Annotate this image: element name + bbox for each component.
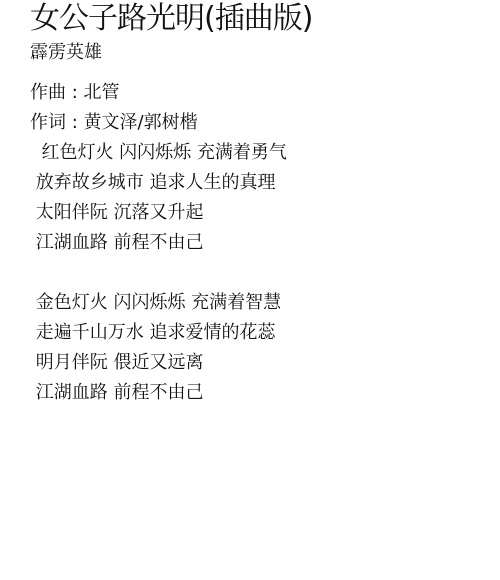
lyric-line: 红色灯火 闪闪烁烁 充满着勇气: [30, 140, 287, 170]
lyrics-body: 作曲 : 北管 作词 : 黄文泽/郭树楷 红色灯火 闪闪烁烁 充满着勇气 放弃故…: [30, 80, 287, 410]
lyric-line: 江湖血路 前程不由己: [30, 230, 287, 260]
lyric-line: 明月伴阮 偎近又远离: [30, 350, 287, 380]
song-title: 女公子路光明(插曲版): [30, 1, 312, 37]
lyric-line: 走遍千山万水 追求爱情的花蕊: [30, 320, 287, 350]
song-artist: 霹雳英雄: [30, 41, 102, 65]
lyric-blank-line: [30, 260, 287, 290]
lyric-line: 放弃故乡城市 追求人生的真理: [30, 170, 287, 200]
credit-lyricist: 作词 : 黄文泽/郭树楷: [30, 110, 287, 140]
lyric-line: 江湖血路 前程不由己: [30, 380, 287, 410]
lyric-line: 金色灯火 闪闪烁烁 充满着智慧: [30, 290, 287, 320]
lyric-line: 太阳伴阮 沉落又升起: [30, 200, 287, 230]
credit-composer: 作曲 : 北管: [30, 80, 287, 110]
